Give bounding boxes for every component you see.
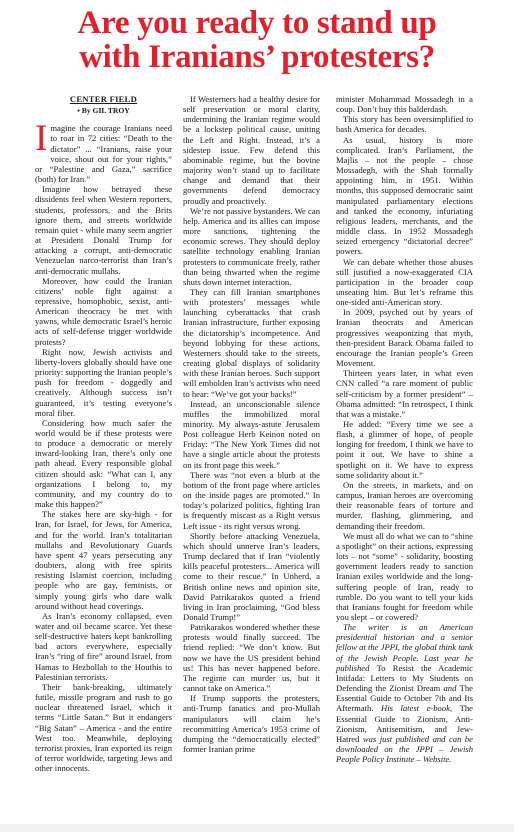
paragraph: Instead, an unconscionable silence muffl… xyxy=(183,399,320,470)
paragraph: They can fill Iranian smartphones with p… xyxy=(183,287,320,399)
paragraph: Patrikarakos wondered whether these prot… xyxy=(183,622,320,693)
column-2: If Westerners had a healthy desire for s… xyxy=(183,94,320,754)
paragraph: As usual, history is more complicated. I… xyxy=(336,135,473,257)
headline-line-2: with Iranians’ protesters? xyxy=(0,40,514,74)
paragraph: As Iran’s economy collapsed, even water … xyxy=(35,611,172,682)
paragraph: Thirteen years later, in what even CNN c… xyxy=(336,368,473,419)
headline: Are you ready to stand up with Iranians’… xyxy=(0,6,514,74)
author-bio: The writer is an American presidential h… xyxy=(336,622,473,764)
section-label: CENTER FIELD xyxy=(35,94,172,104)
newspaper-page: Are you ready to stand up with Iranians’… xyxy=(0,0,514,824)
drop-cap: I xyxy=(35,124,47,154)
paragraph: Imagine how betrayed these dissidents fe… xyxy=(35,184,172,275)
bottom-margin xyxy=(0,824,514,832)
paragraph: We can debate whether those abuses still… xyxy=(336,257,473,308)
paragraph: Imagine the courage Iranians need to roa… xyxy=(35,123,172,184)
paragraph: There was “not even a blurb at the botto… xyxy=(183,470,320,531)
paragraph: This story has been oversimplified to ba… xyxy=(336,114,473,134)
paragraph: Considering how much safer the world wou… xyxy=(35,418,172,509)
paragraph: If Westerners had a healthy desire for s… xyxy=(183,94,320,206)
paragraph: If Trump supports the protesters, anti-T… xyxy=(183,693,320,754)
paragraph: On the streets, in markets, and on campu… xyxy=(336,480,473,531)
paragraph: Right now, Jewish activists and liberty-… xyxy=(35,347,172,418)
paragraph: We must all do what we can to “shine a s… xyxy=(336,531,473,622)
byline: • By GIL TROY xyxy=(35,106,172,116)
headline-line-1: Are you ready to stand up xyxy=(0,6,514,40)
paragraph: Moreover, how could the Iranian citizens… xyxy=(35,276,172,347)
column-1: CENTER FIELD • By GIL TROY Imagine the c… xyxy=(35,94,172,773)
paragraph: The stakes here are sky-high - for Iran,… xyxy=(35,509,172,611)
paragraph: minister Mohammad Mossadegh in a coup. D… xyxy=(336,94,473,114)
paragraph: In 2009, psyched out by years of Iranian… xyxy=(336,307,473,368)
paragraph: Their bank-breaking, ultimately futile, … xyxy=(35,682,172,773)
paragraph: Shortly before attacking Venezuela, whic… xyxy=(183,531,320,622)
column-3: minister Mohammad Mossadegh in a coup. D… xyxy=(336,94,473,764)
paragraph: He added: “Every time we see a flash, a … xyxy=(336,419,473,480)
paragraph: We’re not passive bystanders. We can hel… xyxy=(183,206,320,287)
